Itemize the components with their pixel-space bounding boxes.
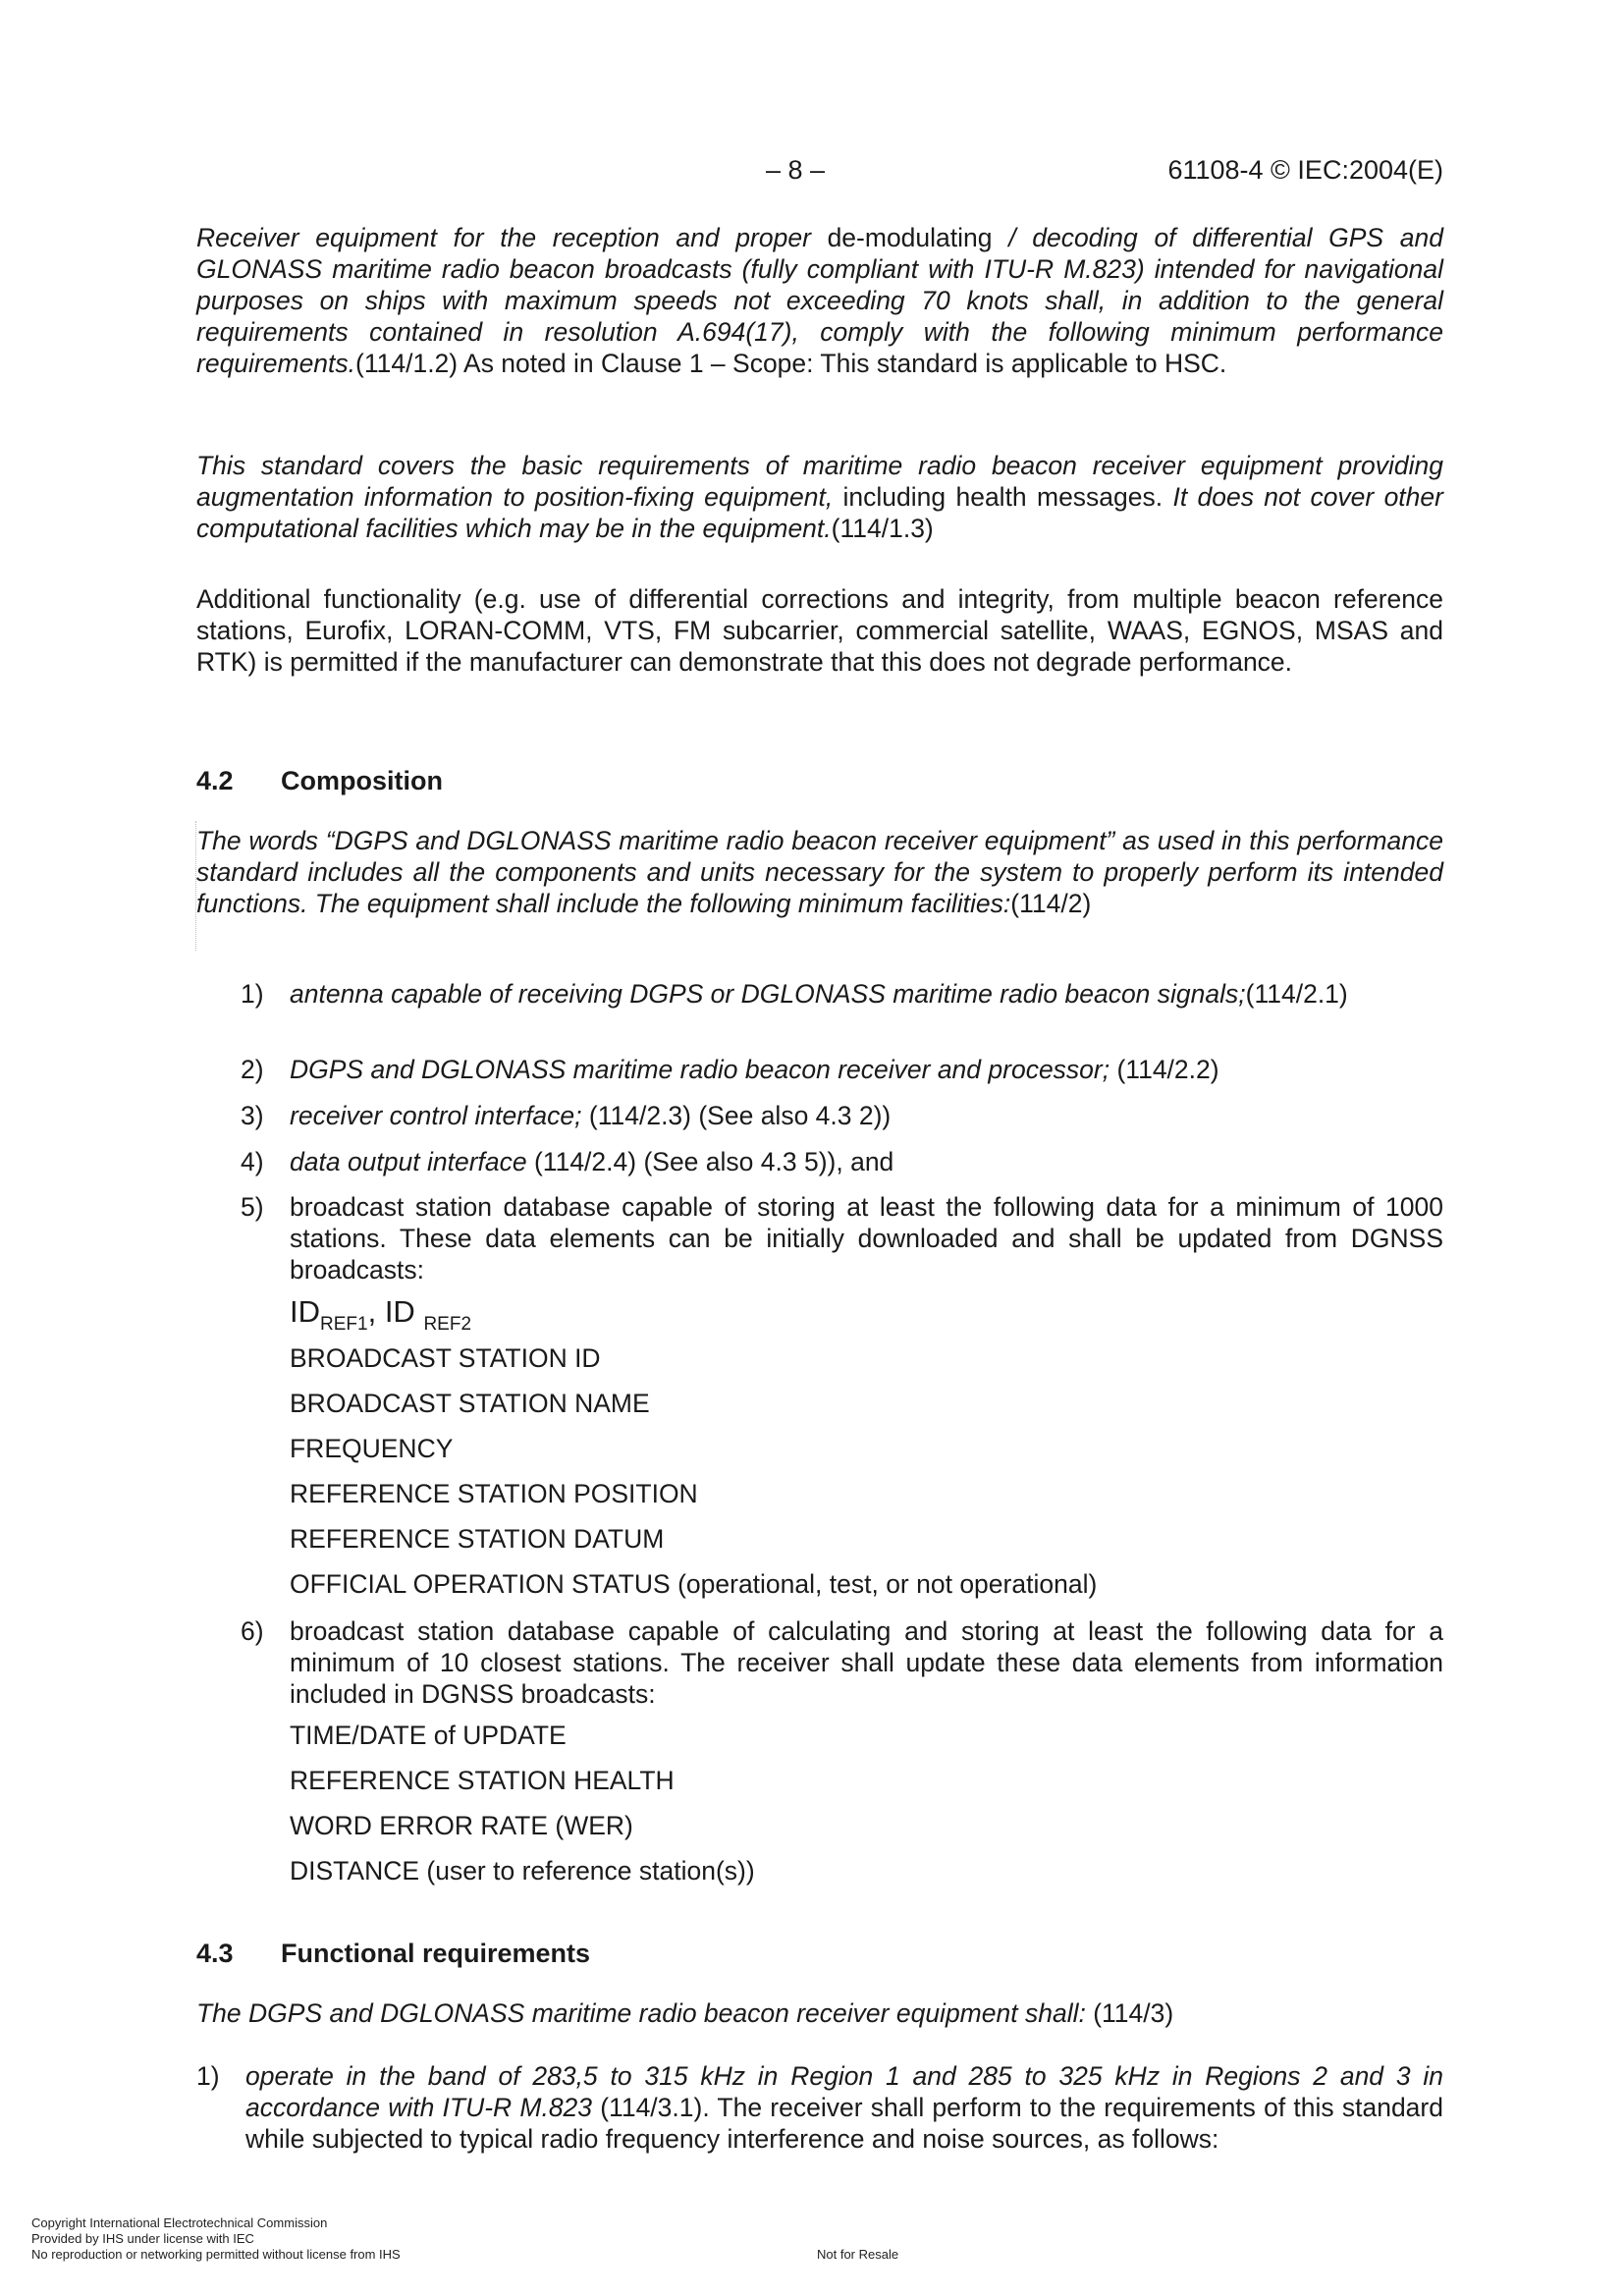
list-item: 5)broadcast station database capable of … bbox=[241, 1191, 1443, 1285]
id-label: ID bbox=[290, 1294, 320, 1329]
list-number: 3) bbox=[241, 1100, 264, 1131]
item-text: broadcast station database capable of st… bbox=[290, 1192, 1443, 1285]
footer-restriction: No reproduction or networking permitted … bbox=[31, 2247, 401, 2263]
coverage-paragraph: This standard covers the basic requireme… bbox=[196, 450, 1443, 544]
list-item: 1)operate in the band of 283,5 to 315 kH… bbox=[196, 2060, 1443, 2155]
scope-paragraph: Receiver equipment for the reception and… bbox=[196, 222, 1443, 379]
section-heading-4-3: 4.3Functional requirements bbox=[196, 1939, 590, 1969]
composition-intro-ref: (114/2) bbox=[1010, 889, 1091, 918]
composition-intro: The words “DGPS and DGLONASS maritime ra… bbox=[196, 825, 1443, 919]
list-number: 1) bbox=[241, 978, 264, 1010]
section-number: 4.3 bbox=[196, 1939, 281, 1969]
section-heading-4-2: 4.2Composition bbox=[196, 766, 443, 796]
item-text-italic: receiver control interface; bbox=[290, 1101, 582, 1130]
section-number: 4.2 bbox=[196, 766, 281, 796]
item-text-italic: antenna capable of receiving DGPS or DGL… bbox=[290, 979, 1246, 1009]
list-number: 6) bbox=[241, 1615, 264, 1647]
list-number: 2) bbox=[241, 1054, 264, 1085]
list-number: 5) bbox=[241, 1191, 264, 1223]
list-item: 2)DGPS and DGLONASS maritime radio beaco… bbox=[241, 1054, 1443, 1085]
list-item: 1)antenna capable of receiving DGPS or D… bbox=[241, 978, 1443, 1010]
station-field: FREQUENCY bbox=[290, 1434, 453, 1464]
coverage-text: (114/1.3) bbox=[832, 514, 934, 543]
functional-intro: The DGPS and DGLONASS maritime radio bea… bbox=[196, 1997, 1443, 2029]
item-text: broadcast station database capable of ca… bbox=[290, 1616, 1443, 1709]
composition-intro-italic: The words “DGPS and DGLONASS maritime ra… bbox=[196, 826, 1443, 918]
id-label: ID bbox=[385, 1294, 424, 1329]
station-field: BROADCAST STATION ID bbox=[290, 1343, 601, 1374]
station-field: REFERENCE STATION DATUM bbox=[290, 1524, 664, 1555]
scope-text: de-modulating bbox=[811, 223, 1008, 252]
list-item: 6)broadcast station database capable of … bbox=[241, 1615, 1443, 1710]
closest-station-field: REFERENCE STATION HEALTH bbox=[290, 1766, 675, 1796]
closest-station-field: WORD ERROR RATE (WER) bbox=[290, 1811, 633, 1841]
item-text: (114/2.2) bbox=[1109, 1055, 1218, 1084]
coverage-text: including health messages. bbox=[833, 482, 1172, 512]
item-text: (114/2.4) (See also 4.3 5)), and bbox=[527, 1147, 894, 1176]
page-number: – 8 – bbox=[766, 155, 825, 186]
station-field: OFFICIAL OPERATION STATUS (operational, … bbox=[290, 1569, 1097, 1600]
id-subscript: REF2 bbox=[423, 1314, 471, 1335]
list-number: 1) bbox=[196, 2060, 220, 2092]
item-text: (114/2.3) (See also 4.3 2)) bbox=[582, 1101, 892, 1130]
additional-functionality-paragraph: Additional functionality (e.g. use of di… bbox=[196, 583, 1443, 678]
list-item: 3)receiver control interface; (114/2.3) … bbox=[241, 1100, 1443, 1131]
footer-not-for-resale: Not for Resale bbox=[817, 2247, 898, 2262]
closest-station-field: TIME/DATE of UPDATE bbox=[290, 1721, 567, 1751]
section-title: Functional requirements bbox=[281, 1939, 590, 1968]
station-field: REFERENCE STATION POSITION bbox=[290, 1479, 698, 1509]
document-id: 61108-4 © IEC:2004(E) bbox=[1167, 155, 1443, 186]
id-subscript: REF1 bbox=[320, 1314, 368, 1335]
item-text-italic: data output interface bbox=[290, 1147, 527, 1176]
section-title: Composition bbox=[281, 766, 443, 795]
scope-text-italic: Receiver equipment for the reception and… bbox=[196, 223, 811, 252]
footer-license: Provided by IHS under license with IEC bbox=[31, 2231, 254, 2247]
separator: , bbox=[368, 1294, 385, 1329]
station-field: BROADCAST STATION NAME bbox=[290, 1389, 650, 1419]
functional-intro-ref: (114/3) bbox=[1086, 1998, 1173, 2028]
scope-text: (114/1.2) As noted in Clause 1 – Scope: … bbox=[355, 349, 1226, 378]
closest-station-field: DISTANCE (user to reference station(s)) bbox=[290, 1856, 755, 1886]
list-number: 4) bbox=[241, 1146, 264, 1177]
item-text: (114/2.1) bbox=[1246, 979, 1348, 1009]
footer-copyright: Copyright International Electrotechnical… bbox=[31, 2215, 327, 2231]
list-item: 4)data output interface (114/2.4) (See a… bbox=[241, 1146, 1443, 1177]
functional-intro-italic: The DGPS and DGLONASS maritime radio bea… bbox=[196, 1998, 1086, 2028]
item-text-italic: DGPS and DGLONASS maritime radio beacon … bbox=[290, 1055, 1109, 1084]
reference-id-field: IDREF1, ID REF2 bbox=[290, 1294, 471, 1336]
